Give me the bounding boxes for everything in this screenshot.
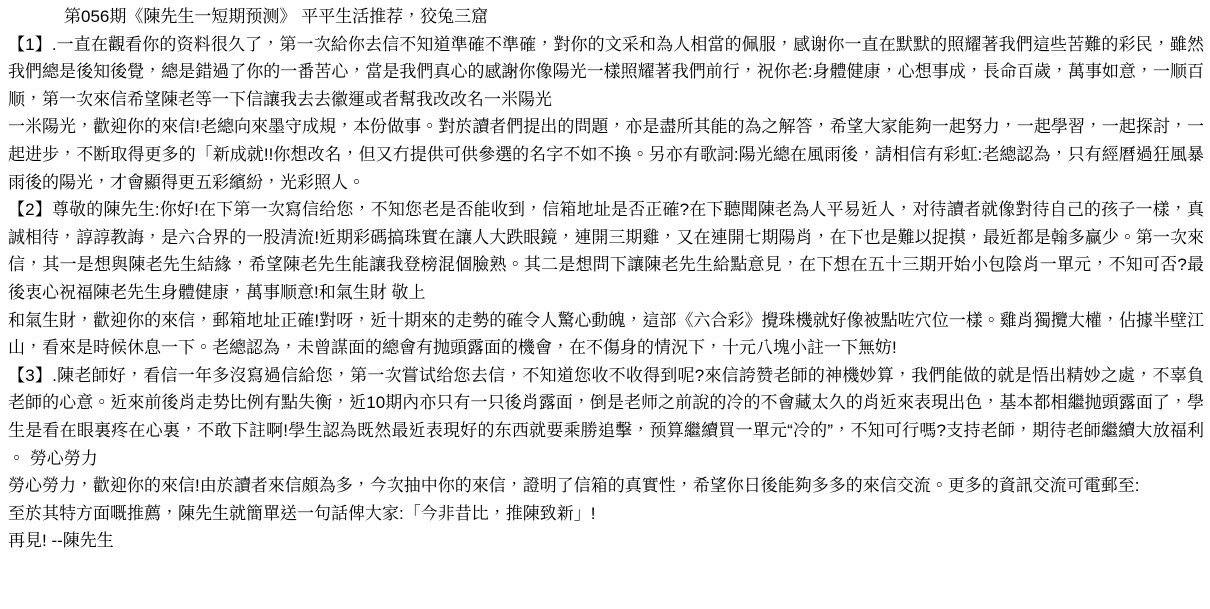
reply-1-paragraph: 一米陽光，歡迎你的來信!老總向來墨守成規，本份做事。對於讀者們提出的問題，亦是盡… xyxy=(8,113,1204,196)
letter-2-paragraph: 【2】尊敬的陳先生:你好!在下第一次寫信给您，不知您老是否能收到，信箱地址是否正… xyxy=(8,196,1204,306)
letter-1-paragraph: 【1】.一直在觀看你的资料很久了，第一次給你去信不知道準確不準確，對你的文采和為… xyxy=(8,31,1204,114)
document-page: 第056期《陳先生一短期预测》 平平生活推荐，狡兔三窟 【1】.一直在觀看你的资… xyxy=(0,0,1210,609)
reply-3-paragraph: 勞心勞力，歡迎你的來信!由於讀者來信頗為多，今次抽中你的來信，證明了信箱的真實性… xyxy=(8,472,1204,500)
letter-3-paragraph: 【3】.陳老師好，看信一年多沒寫過信給您，第一次嘗试给您去信，不知道您收不收得到… xyxy=(8,362,1204,472)
reply-2-paragraph: 和氣生財，歡迎你的來信，郵箱地址正確!對呀，近十期來的走勢的確令人驚心動魄，這部… xyxy=(8,307,1204,362)
recommendation-paragraph: 至於其特方面嘅推薦，陳先生就簡單送一句話俾大家:「今非昔比，推陳致新」! xyxy=(8,500,1204,528)
page-title: 第056期《陳先生一短期预测》 平平生活推荐，狡兔三窟 xyxy=(8,3,1204,31)
signoff-paragraph: 再見! --陳先生 xyxy=(8,527,1204,555)
